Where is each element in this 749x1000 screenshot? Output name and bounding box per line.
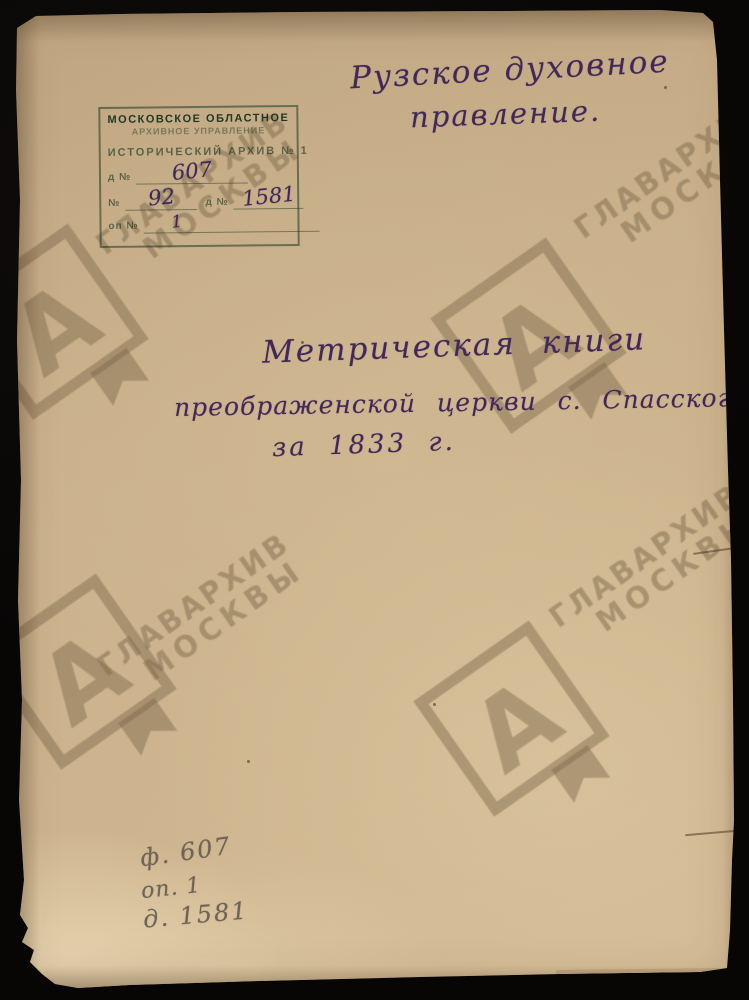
paper-speck bbox=[301, 341, 304, 344]
stamp-opis-label: оп № bbox=[108, 221, 143, 234]
stamp-org-line2: АРХИВНОЕ УПРАВЛЕНИЕ bbox=[107, 125, 289, 137]
handwritten-title-line3: за 1833 г. bbox=[272, 427, 457, 463]
stamp-delo-value: 1581 bbox=[241, 185, 296, 209]
stamp-number-row: № 92 д № 1581 bbox=[108, 187, 290, 211]
handwritten-header-line2: правление. bbox=[409, 94, 601, 135]
paper-speck bbox=[433, 703, 436, 706]
stamp-opis-line: 1 bbox=[143, 213, 319, 234]
handwritten-header-line1: Рузское духовное bbox=[349, 44, 670, 97]
stamp-fond-label: д № bbox=[108, 172, 136, 185]
handwritten-title-line2: преображенской церкви с. Спасского bbox=[174, 383, 748, 422]
stamp-org-line1: МОСКОВСКОЕ ОБЛАСТНОЕ bbox=[107, 112, 289, 126]
pencil-fond-number: ф. 607 bbox=[138, 832, 233, 873]
stamp-delo-label: д № bbox=[205, 197, 233, 210]
archive-stamp: МОСКОВСКОЕ ОБЛАСТНОЕ АРХИВНОЕ УПРАВЛЕНИЕ… bbox=[98, 105, 299, 248]
paper-crack bbox=[685, 830, 736, 836]
stamp-opis-value: 1 bbox=[171, 215, 183, 231]
scan-background: А А А А ГЛАВ bbox=[0, 0, 749, 1000]
stamp-fond-row: д № 607 bbox=[108, 161, 290, 185]
stamp-num-value: 92 bbox=[147, 187, 175, 208]
stamp-org-line3: ИСТОРИЧЕСКИЙ АРХИВ № 1 bbox=[108, 145, 290, 159]
pencil-opis-number: оп. 1 bbox=[140, 873, 203, 904]
archive-letter-a-icon: А bbox=[407, 614, 639, 856]
stamp-delo-line: 1581 bbox=[234, 187, 304, 210]
stamp-num-line: 92 bbox=[125, 188, 197, 211]
stamp-fond-value: 607 bbox=[171, 160, 213, 183]
stamp-num-label: № bbox=[108, 198, 125, 211]
paper-speck bbox=[664, 86, 667, 89]
glavarkhiv-logo-watermark: А bbox=[407, 614, 639, 856]
glavarkhiv-text-watermark: ГЛАВАРХИВ МОСКВЫ bbox=[544, 479, 749, 659]
stamp-opis-row: оп № 1 bbox=[108, 213, 290, 234]
stamp-fond-line: 607 bbox=[136, 161, 248, 184]
page-edge-highlight bbox=[556, 968, 720, 974]
document-page: А А А А ГЛАВ bbox=[0, 0, 749, 1000]
paper-speck bbox=[247, 760, 250, 763]
